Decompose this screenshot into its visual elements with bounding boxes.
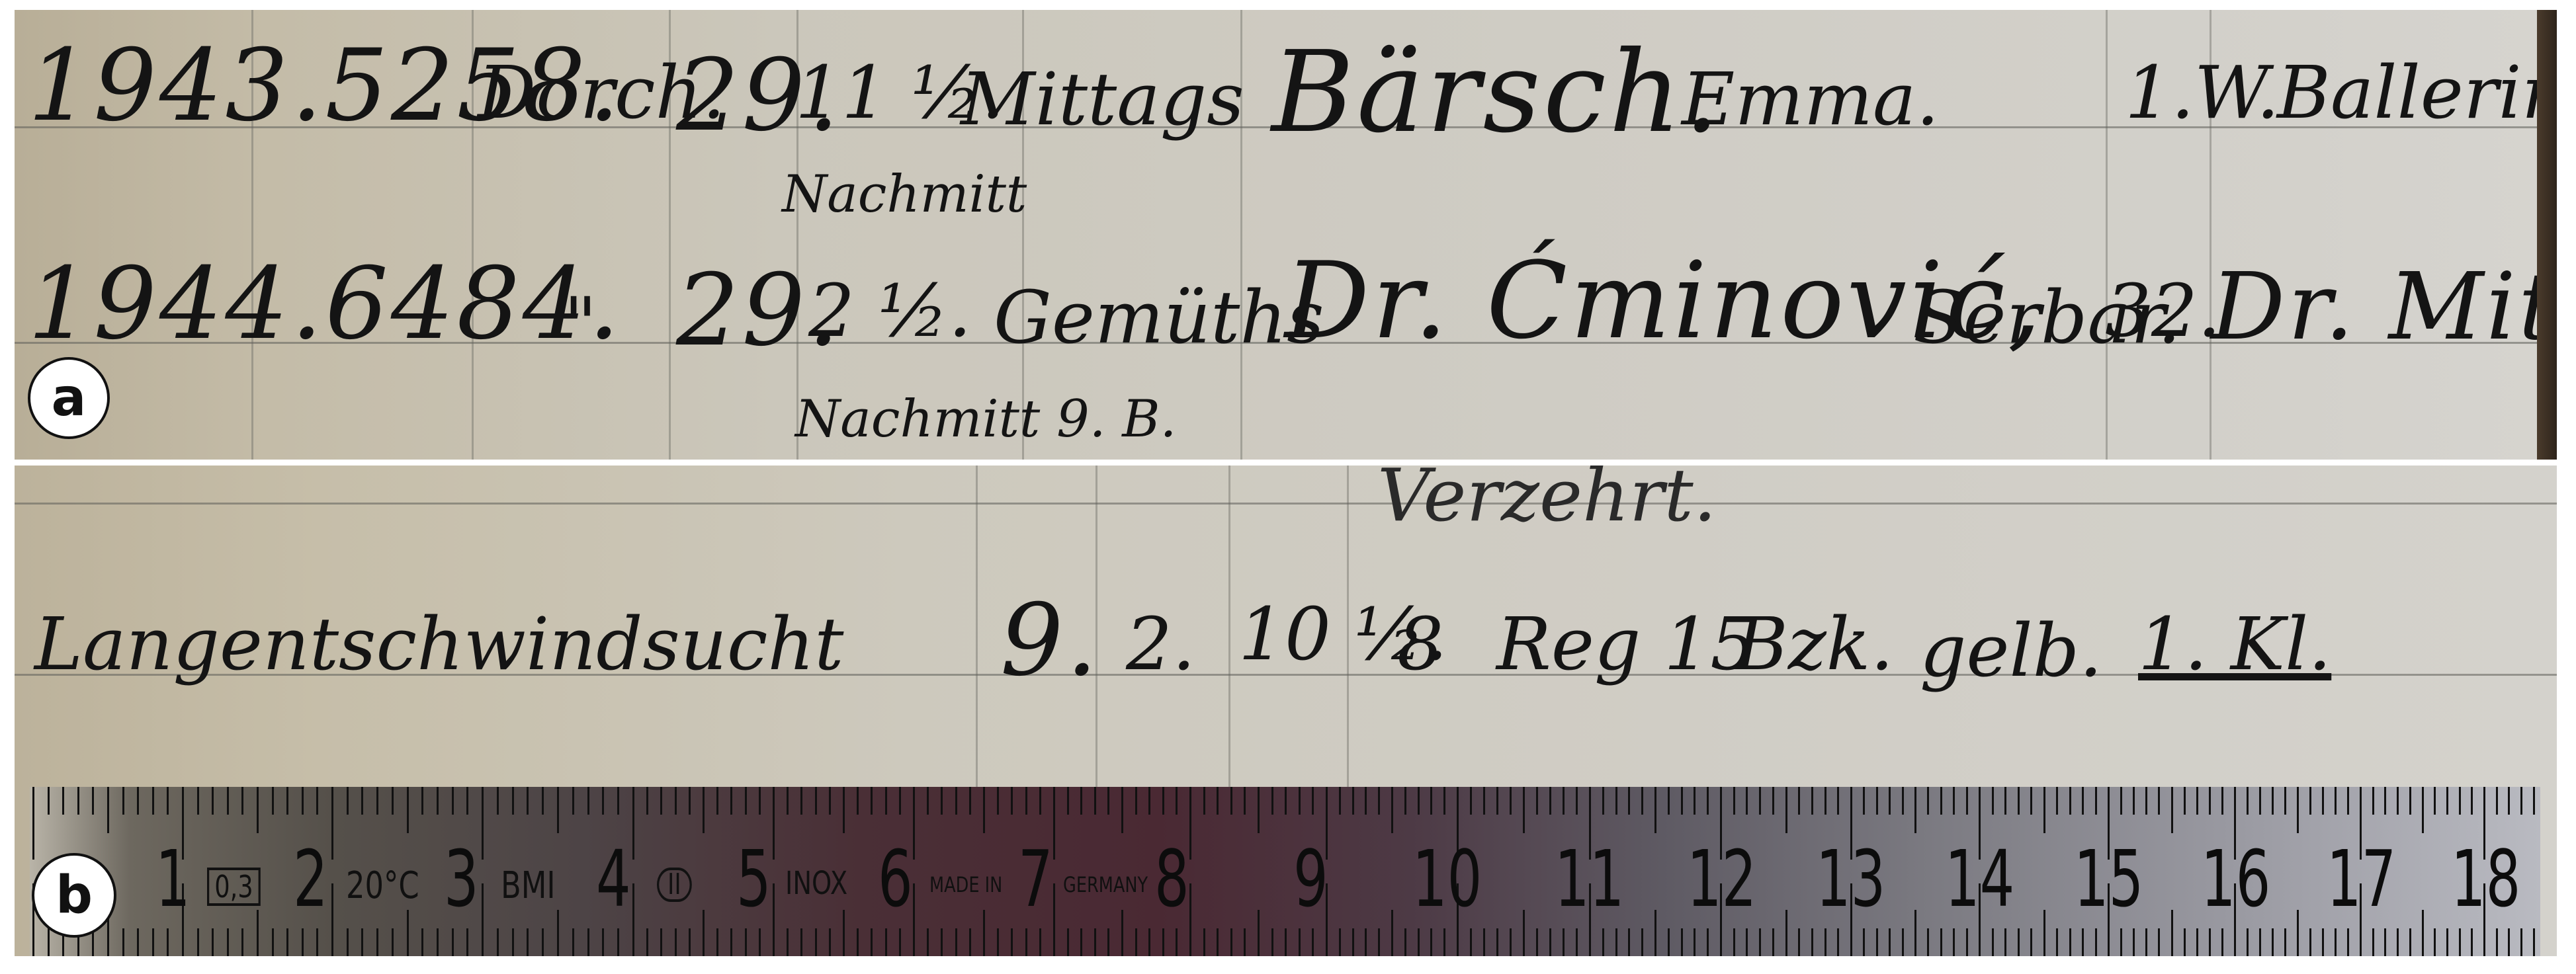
ruler-tick (2508, 928, 2510, 956)
ruler-tick (572, 787, 574, 815)
ruler-tick (1053, 883, 1055, 956)
ruler-tick (1094, 787, 1096, 815)
ruler-tick (660, 787, 662, 815)
ruler-tick (1025, 928, 1027, 956)
ruler-tick (2409, 787, 2411, 815)
ruler-tick (2158, 787, 2160, 815)
ruler-tick (1496, 928, 1498, 956)
ruler-tick (1162, 787, 1164, 815)
ruler-tick (2284, 787, 2286, 815)
ruler-tick (1203, 928, 1205, 956)
ruler-tick (1707, 787, 1709, 815)
ruler-tick (2184, 787, 2186, 815)
ruler-tick (2095, 787, 2097, 815)
ruler-tick (557, 787, 559, 833)
ruler-tick (286, 928, 288, 956)
ruler-number: 2 (293, 840, 328, 918)
ruler-tick (2496, 787, 2498, 815)
ruler-tick (197, 787, 199, 815)
ruler-tick (1510, 787, 1512, 815)
ruler-tick (1681, 787, 1683, 815)
ruler-number: 18 (2451, 840, 2520, 918)
ruler-tick (955, 928, 957, 956)
ruler-tick (1244, 787, 1246, 815)
ruler-tick (1285, 787, 1287, 815)
ruler-tick (512, 787, 514, 815)
ruler-tick (815, 928, 817, 956)
ruler-tick (1654, 787, 1656, 833)
ruler-tick (675, 787, 677, 815)
ruler-tick (829, 787, 831, 815)
ruler-tick (1107, 787, 1109, 815)
ruler-tick (2018, 928, 2020, 956)
ruler-tick (1176, 928, 1178, 956)
ruler-tick (512, 928, 514, 956)
ruler-tick (969, 928, 971, 956)
ruler-tick (257, 787, 259, 833)
ruler-tick (2056, 928, 2058, 956)
ruler-tick (857, 928, 859, 956)
ruler-tick (1148, 787, 1150, 815)
ruler-tick (1746, 787, 1748, 815)
ledger-column-line (2106, 10, 2108, 460)
ruler-tick (1681, 928, 1683, 956)
handwritten-note: Nachmitt (782, 169, 1027, 220)
ruler-tick (675, 928, 677, 956)
ruler-tick (2459, 787, 2461, 815)
ruler-tick (2004, 787, 2006, 815)
ruler-tick (1430, 787, 1432, 815)
ruler-tick (167, 787, 169, 815)
ruler-tick (2297, 910, 2299, 956)
ruler-tick (1230, 928, 1232, 956)
ruler-tick (1914, 910, 1916, 956)
ruler-tick (2069, 928, 2071, 956)
ruler-tick (1837, 928, 1839, 956)
metal-ruler: 1 0,3 2 20°C 3 BMI 4 II 5 INOX 6 MADE IN… (30, 787, 2540, 956)
ruler-number: 11 (1555, 840, 1624, 918)
ruler-tick (1772, 928, 1774, 956)
ruler-tick (941, 787, 943, 815)
ruler-tick (2372, 787, 2374, 815)
ruler-tick (927, 787, 929, 815)
ruler-tick (62, 787, 64, 815)
ruler-tick (1772, 787, 1774, 815)
ruler-tick (1940, 928, 1942, 956)
ruler-tick (2209, 928, 2211, 956)
ruler-tick (2120, 928, 2122, 956)
ruler-tick (1391, 910, 1393, 956)
ruler-tick (407, 787, 409, 833)
ruler-tick (2221, 787, 2223, 815)
ruler-tick (527, 787, 529, 815)
ruler-tick (2520, 787, 2522, 815)
ruler-tick (1391, 787, 1393, 833)
ruler-tick (1837, 787, 1839, 815)
ruler-tick (2171, 910, 2173, 956)
ruler-tick (1094, 928, 1096, 956)
handwritten-note: Nachmitt 9. B. (795, 393, 1176, 445)
ruler-tick (587, 787, 589, 815)
ruler-tick (572, 928, 574, 956)
material-mark: INOX (785, 868, 847, 899)
ruler-tick (48, 928, 50, 956)
ruler-tick (2056, 787, 2058, 815)
ruler-tick (1378, 928, 1380, 956)
ruler-tick (1876, 928, 1878, 956)
ruler-tick (1378, 787, 1380, 815)
ruler-tick (1992, 787, 1994, 815)
ruler-tick (152, 787, 154, 815)
ruler-tick (617, 787, 619, 815)
ruler-tick (1733, 928, 1735, 956)
ruler-tick (646, 928, 648, 956)
ruler-tick (2196, 928, 2198, 956)
ruler-tick (407, 910, 409, 956)
ruler-tick (212, 928, 214, 956)
ruler-tick (2095, 928, 2097, 956)
ruler-tick (482, 787, 484, 860)
ruler-tick (122, 787, 124, 815)
ruler-tick (1602, 787, 1604, 815)
ruler-tick (829, 928, 831, 956)
ruler-tick (2082, 928, 2084, 956)
ruler-tick (1285, 928, 1287, 956)
ruler-tick (745, 787, 747, 815)
ruler-tick (800, 928, 802, 956)
ruler-tick (1811, 787, 1813, 815)
ruler-number: 3 (444, 840, 479, 918)
ruler-tick (1430, 928, 1432, 956)
ruler-tick (316, 787, 318, 815)
ruler-tick (632, 883, 634, 956)
ruler-tick (331, 787, 333, 860)
ruler-tick (376, 928, 378, 956)
ruler-tick (1080, 787, 1082, 815)
ruler-tick (2133, 928, 2135, 956)
ruler-tick (1496, 787, 1498, 815)
ditto-mark: " (564, 288, 597, 360)
ruler-tick (2520, 928, 2522, 956)
ruler-tick (2259, 787, 2261, 815)
handwritten-cell: 8 (1397, 608, 1443, 680)
ruler-tick (997, 787, 999, 815)
panel-label-a: a (28, 357, 110, 439)
ruler-tick (2372, 928, 2374, 956)
ruler-tick (730, 928, 732, 956)
date-cell: 9. (1000, 591, 1100, 690)
ruler-tick (137, 928, 139, 956)
handwritten-cell: Mittags (961, 63, 1244, 136)
ruler-tick (452, 928, 454, 956)
ruler-tick (1549, 787, 1551, 815)
ruler-tick (2272, 787, 2274, 815)
ruler-tick (1299, 787, 1301, 815)
ruler-tick (1258, 787, 1260, 833)
ruler-tick (857, 787, 859, 815)
ruler-tick (1668, 787, 1670, 815)
ruler-tick (241, 928, 243, 956)
ruler-tick (302, 928, 304, 956)
ruler-tick (1404, 787, 1406, 815)
ruler-tick (1365, 928, 1367, 956)
month-cell: 2. (1126, 608, 1195, 680)
country-mark: GERMANY (1063, 874, 1148, 895)
ruler-tick (1953, 787, 1955, 815)
ruler-tick (745, 928, 747, 956)
handwritten-fragment: Verzehrt. (1377, 466, 1717, 532)
ruler-tick (272, 928, 274, 956)
ruler-tick (2384, 787, 2386, 815)
ruler-tick (2422, 787, 2424, 833)
ruler-number: 16 (2201, 840, 2270, 918)
ruler-tick (2335, 928, 2337, 956)
ruler-tick (1510, 928, 1512, 956)
ruler-tick (2434, 928, 2436, 956)
ruler-tick (1352, 928, 1354, 956)
ruler-tick (212, 787, 214, 815)
ruler-tick (437, 928, 439, 956)
ruler-tick (1536, 787, 1538, 815)
ruler-tick (1053, 787, 1055, 860)
ruler-tick (2496, 928, 2498, 956)
ruler-tick (2533, 787, 2535, 815)
ruler-tick (2446, 787, 2448, 815)
age-cell: 32. (2105, 274, 2221, 347)
ruler-tick (885, 928, 887, 956)
ruler-tick (452, 787, 454, 815)
ruler-tick (347, 787, 349, 815)
ruler-tick (787, 787, 789, 815)
ruler-tick (1135, 787, 1137, 815)
ruler-tick (1523, 787, 1525, 833)
ruler-tick (167, 928, 169, 956)
ruler-tick (316, 928, 318, 956)
ruler-tick (1470, 787, 1472, 815)
first-name-cell: Emma. (1682, 63, 1939, 136)
ruler-tick (759, 787, 761, 815)
ruler-tick (1025, 787, 1027, 815)
ruler-tick (2171, 787, 2173, 833)
ruler-tick (2272, 928, 2274, 956)
ruler-tick (2284, 928, 2286, 956)
ruler-tick (787, 928, 789, 956)
ruler-tick (773, 787, 775, 860)
ruler-tick (1244, 928, 1246, 956)
ruler-number: 15 (2074, 840, 2143, 918)
ruler-tick (1668, 928, 1670, 956)
ruler-tick (927, 928, 929, 956)
ruler-tick (257, 910, 259, 956)
handwritten-cell: Bzk. (1735, 608, 1893, 680)
ruler-tick (1271, 928, 1273, 956)
ruler-number: 17 (2327, 840, 2396, 918)
ruler-tick (2018, 787, 2020, 815)
ruler-tick (1811, 928, 1813, 956)
ruler-tick (1080, 928, 1082, 956)
ruler-tick (1339, 928, 1341, 956)
ruler-tick (2259, 928, 2261, 956)
ruler-tick (1418, 787, 1420, 815)
ruler-tick (2446, 928, 2448, 956)
ruler-number: 5 (736, 840, 771, 918)
ruler-tick (1798, 928, 1800, 956)
ruler-tick (1576, 928, 1578, 956)
ruler-tick (646, 787, 648, 815)
ruler-tick (1694, 787, 1696, 815)
ruler-tick (716, 787, 718, 815)
ruler-tick (660, 928, 662, 956)
ruler-tick (1785, 787, 1787, 833)
handwritten-cell: 1. Kl. (2138, 608, 2331, 680)
time-cell: 2 ½. (808, 274, 972, 347)
ruler-tick (941, 928, 943, 956)
ruler-tick (376, 787, 378, 815)
ruler-tick (1902, 787, 1904, 815)
ruler-tick (1992, 928, 1994, 956)
ruler-tick (1927, 928, 1929, 956)
ruler-tick (1299, 928, 1301, 956)
ruler-tick (1694, 928, 1696, 956)
ruler-tick (1641, 928, 1643, 956)
book-spine-edge (2537, 10, 2557, 460)
ruler-tick (2347, 787, 2349, 815)
ruler-tick (2120, 787, 2122, 815)
ruler-tick (1563, 928, 1565, 956)
ruler-tick (913, 883, 915, 956)
ruler-tick (1312, 787, 1314, 815)
ruler-tick (1876, 787, 1878, 815)
ruler-tick (227, 928, 229, 956)
ruler-tick (1203, 787, 1205, 815)
ruler-tick (1576, 787, 1578, 815)
ruler-tick (2043, 787, 2045, 833)
ruler-tick (1011, 928, 1013, 956)
ruler-tick (241, 787, 243, 815)
ruler-tick (361, 928, 363, 956)
ruler-tick (843, 910, 845, 956)
ruler-tick (2309, 928, 2311, 956)
ruler-tick (1189, 883, 1191, 956)
ruler-tick (703, 910, 705, 956)
ruler-tick (1641, 787, 1643, 815)
ruler-tick (587, 928, 589, 956)
ruler-tick (1121, 910, 1123, 956)
ruler-tick (542, 787, 544, 815)
ruler-number: 10 (1412, 840, 1482, 918)
ruler-number: 9 (1293, 840, 1328, 918)
ruler-tick (2471, 787, 2473, 815)
ruler-number: 8 (1154, 840, 1189, 918)
ruler-tick (1067, 928, 1069, 956)
ruler-tick (773, 883, 775, 956)
ruler-tick (1940, 787, 1942, 815)
ruler-tick (2082, 787, 2084, 815)
ruler-tick (602, 787, 604, 815)
ruler-tick (1563, 787, 1565, 815)
ruler-tick (969, 787, 971, 815)
ruler-tick (800, 787, 802, 815)
ruler-tick (2384, 928, 2386, 956)
ruler-tick (703, 787, 705, 833)
ruler-tick (2347, 928, 2349, 956)
ruler-tick (1863, 787, 1865, 815)
made-in-mark: MADE IN (929, 874, 1002, 895)
ruler-tick (1365, 787, 1367, 815)
ruler-tick (1602, 928, 1604, 956)
ruler-tick (466, 928, 468, 956)
ruler-tick (2533, 928, 2535, 956)
ruler-tick (1927, 787, 1929, 815)
ruler-tick (1470, 928, 1472, 956)
ruler-tick (2184, 928, 2186, 956)
ruler-tick (421, 928, 423, 956)
ruler-tick (392, 787, 394, 815)
ruler-tick (2209, 787, 2211, 815)
ruler-number: 1 (155, 840, 191, 918)
ruler-tick (1217, 787, 1219, 815)
ruler-tick (107, 787, 109, 833)
ruler-tick (1523, 910, 1525, 956)
ruler-tick (1759, 787, 1761, 815)
ruler-tick (2145, 928, 2147, 956)
ruler-tick (1443, 787, 1445, 815)
ruler-tick (997, 928, 999, 956)
ruler-tick (2471, 928, 2473, 956)
ruler-tick (197, 928, 199, 956)
ruler-tick (1549, 928, 1551, 956)
ruler-tick (361, 787, 363, 815)
ruler-tick (1189, 787, 1191, 860)
ruler-tick (2247, 928, 2249, 956)
ruler-tick (92, 787, 94, 815)
ruler-number: 6 (878, 840, 913, 918)
ruler-tick (885, 787, 887, 815)
ruler-tick (843, 787, 845, 833)
ruler-tick (1615, 928, 1617, 956)
ruler-tick (1536, 928, 1538, 956)
ruler-tick (899, 787, 901, 815)
ruler-tick (227, 787, 229, 815)
ruler-tick (1339, 787, 1341, 815)
ruler-tick (1733, 787, 1735, 815)
ruler-tick (1483, 787, 1485, 815)
ruler-tick (1798, 787, 1800, 815)
ruler-tick (730, 787, 732, 815)
ruler-tick (1176, 787, 1178, 815)
ruler-tick (2322, 928, 2324, 956)
ruler-tick (955, 787, 957, 815)
ruler-tick (466, 787, 468, 815)
ruler-tick (899, 928, 901, 956)
ruler-tick (1707, 928, 1709, 956)
ruler-number: 14 (1945, 840, 2014, 918)
age-cell: 1.W. (2125, 56, 2280, 129)
ruler-number: 7 (1018, 840, 1053, 918)
handwritten-cell: Reg 15 (1496, 608, 1756, 680)
ruler-tick (1825, 787, 1826, 815)
certification-mark: BMI (501, 868, 556, 905)
ruler-tick (1352, 787, 1354, 815)
ruler-tick (759, 928, 761, 956)
panel-label-b: b (32, 853, 116, 938)
ruler-tick (137, 787, 139, 815)
ruler-tick (2221, 928, 2223, 956)
ruler-tick (1615, 787, 1617, 815)
ruler-tick (2459, 928, 2461, 956)
ruler-tick (1258, 910, 1260, 956)
ruler-tick (617, 928, 619, 956)
